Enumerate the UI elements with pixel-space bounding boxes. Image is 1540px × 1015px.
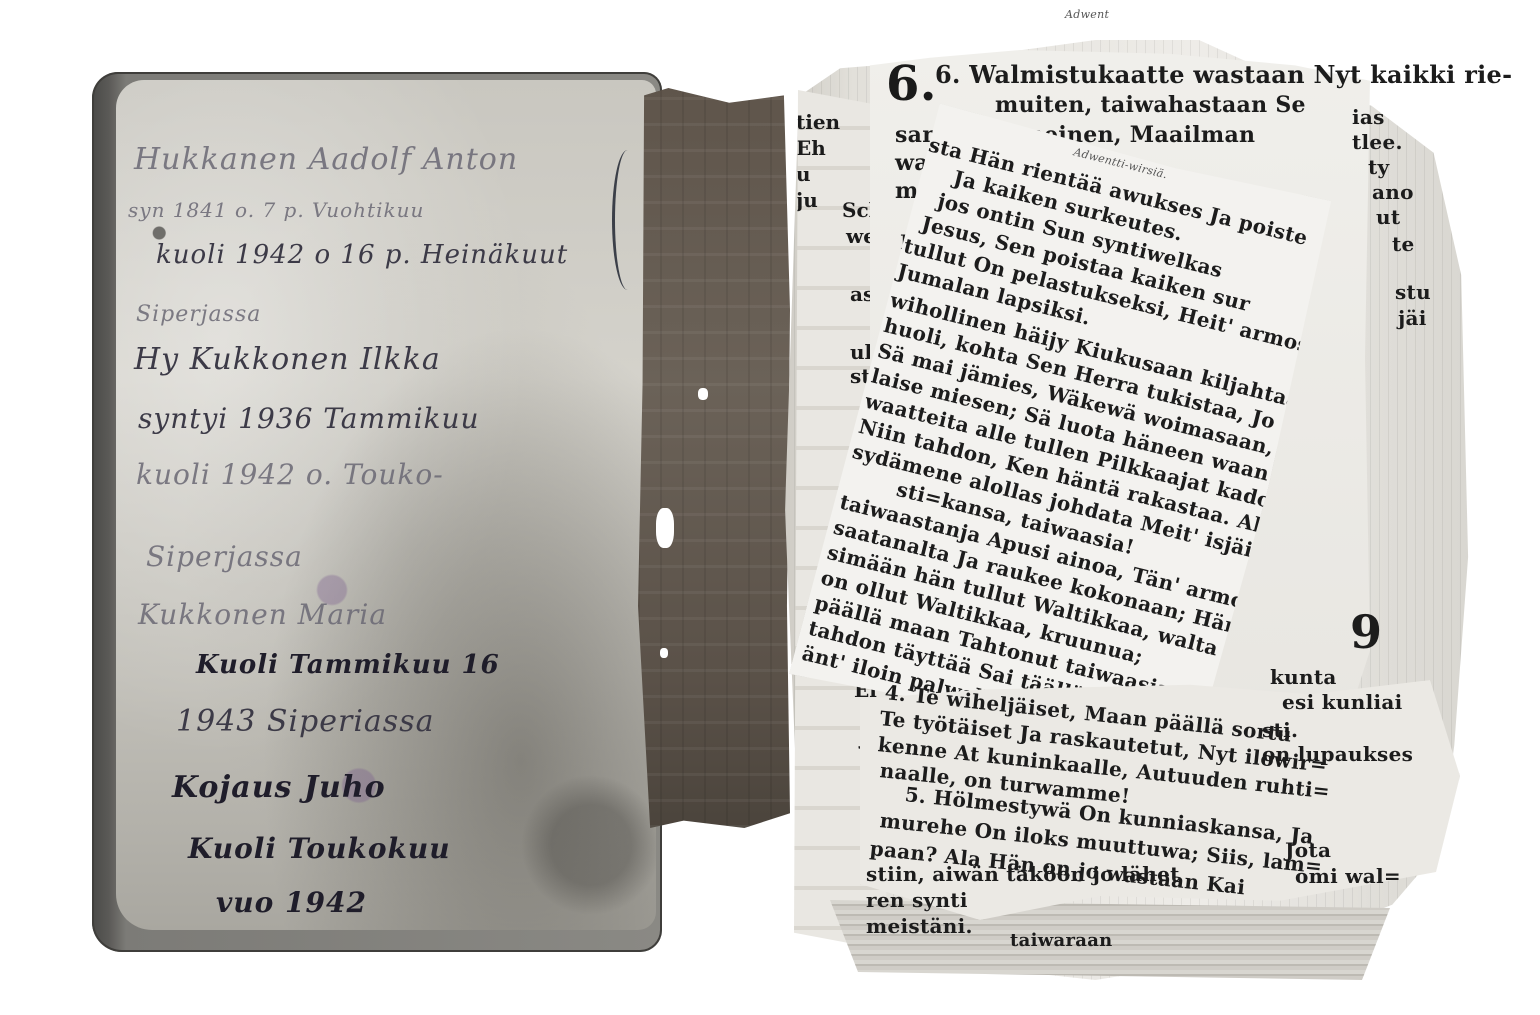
fragment-text: tlee. [1352,130,1403,154]
spine-hole [698,388,708,400]
verse-number: 6. [886,56,937,112]
fragment-text: ju [796,188,818,212]
fragment-text: ty [1368,155,1389,179]
hymn-line: taiwaraan [1010,930,1113,951]
fragment-text: on lupaukses [1262,742,1413,766]
binding-thread [612,150,643,290]
hymn-line: 6. Walmistukaatte wastaan Nyt kaikki rie… [935,60,1512,89]
handwritten-line: vuo 1942 [216,886,367,919]
fragment-text: sti. [1262,718,1298,742]
handwritten-line: Kuoli Toukokuu [188,832,451,865]
fragment-text: Jota [1285,838,1331,862]
hymn-line: stiin, aiwän täköön jo lähet [866,862,1180,886]
handwritten-line: Siperjassa [136,302,261,327]
fragment-text: tien [796,110,840,134]
handwritten-line: kuoli 1942 o 16 p. Heinäkuut [156,240,568,270]
fragment-text: esi kunliai [1282,690,1403,714]
fragment-text: u [796,162,811,186]
spine-hole [656,508,674,548]
hymn-line: ren synti [866,888,968,912]
fragment-text: omi wal= [1295,864,1401,888]
handwritten-line: Kojaus Juho [172,770,386,805]
handwritten-line: Siperjassa [146,540,303,573]
handwritten-line: kuoli 1942 o. Touko- [136,458,444,491]
fragment-text: Eh [796,136,826,160]
handwritten-line: syn 1841 o. 7 p. Vuohtikuu [128,198,424,222]
fragment-text: te [1392,232,1415,256]
handwritten-line: Hukkanen Aadolf Anton [134,142,518,177]
running-header: Adwent [1065,8,1109,21]
handwritten-page: Hukkanen Aadolf Anton syn 1841 o. 7 p. V… [116,80,656,930]
handwritten-line: Hy Kukkonen Ilkka [134,342,441,377]
fragment-text: stu [1395,280,1431,304]
handwritten-line: Kuoli Tammikuu 16 [196,650,500,680]
handwritten-line: 1943 Siperiassa [176,704,435,739]
hymn-line: meistäni. [866,914,973,938]
spine-hole [660,648,668,658]
fragment-text: ut [1376,205,1400,229]
book-spine [638,88,790,828]
handwritten-line: Kukkonen Maria [138,598,387,631]
hymn-line: muiten, taiwahastaan Se [995,92,1306,118]
fragment-text: kunta [1270,665,1337,689]
fragment-text: ias [1352,105,1385,129]
handwritten-line: syntyi 1936 Tammikuu [138,402,480,435]
fragment-text: ano [1372,180,1414,204]
fragment-text: jäi [1398,306,1427,330]
page-number: 9 [1350,605,1382,659]
